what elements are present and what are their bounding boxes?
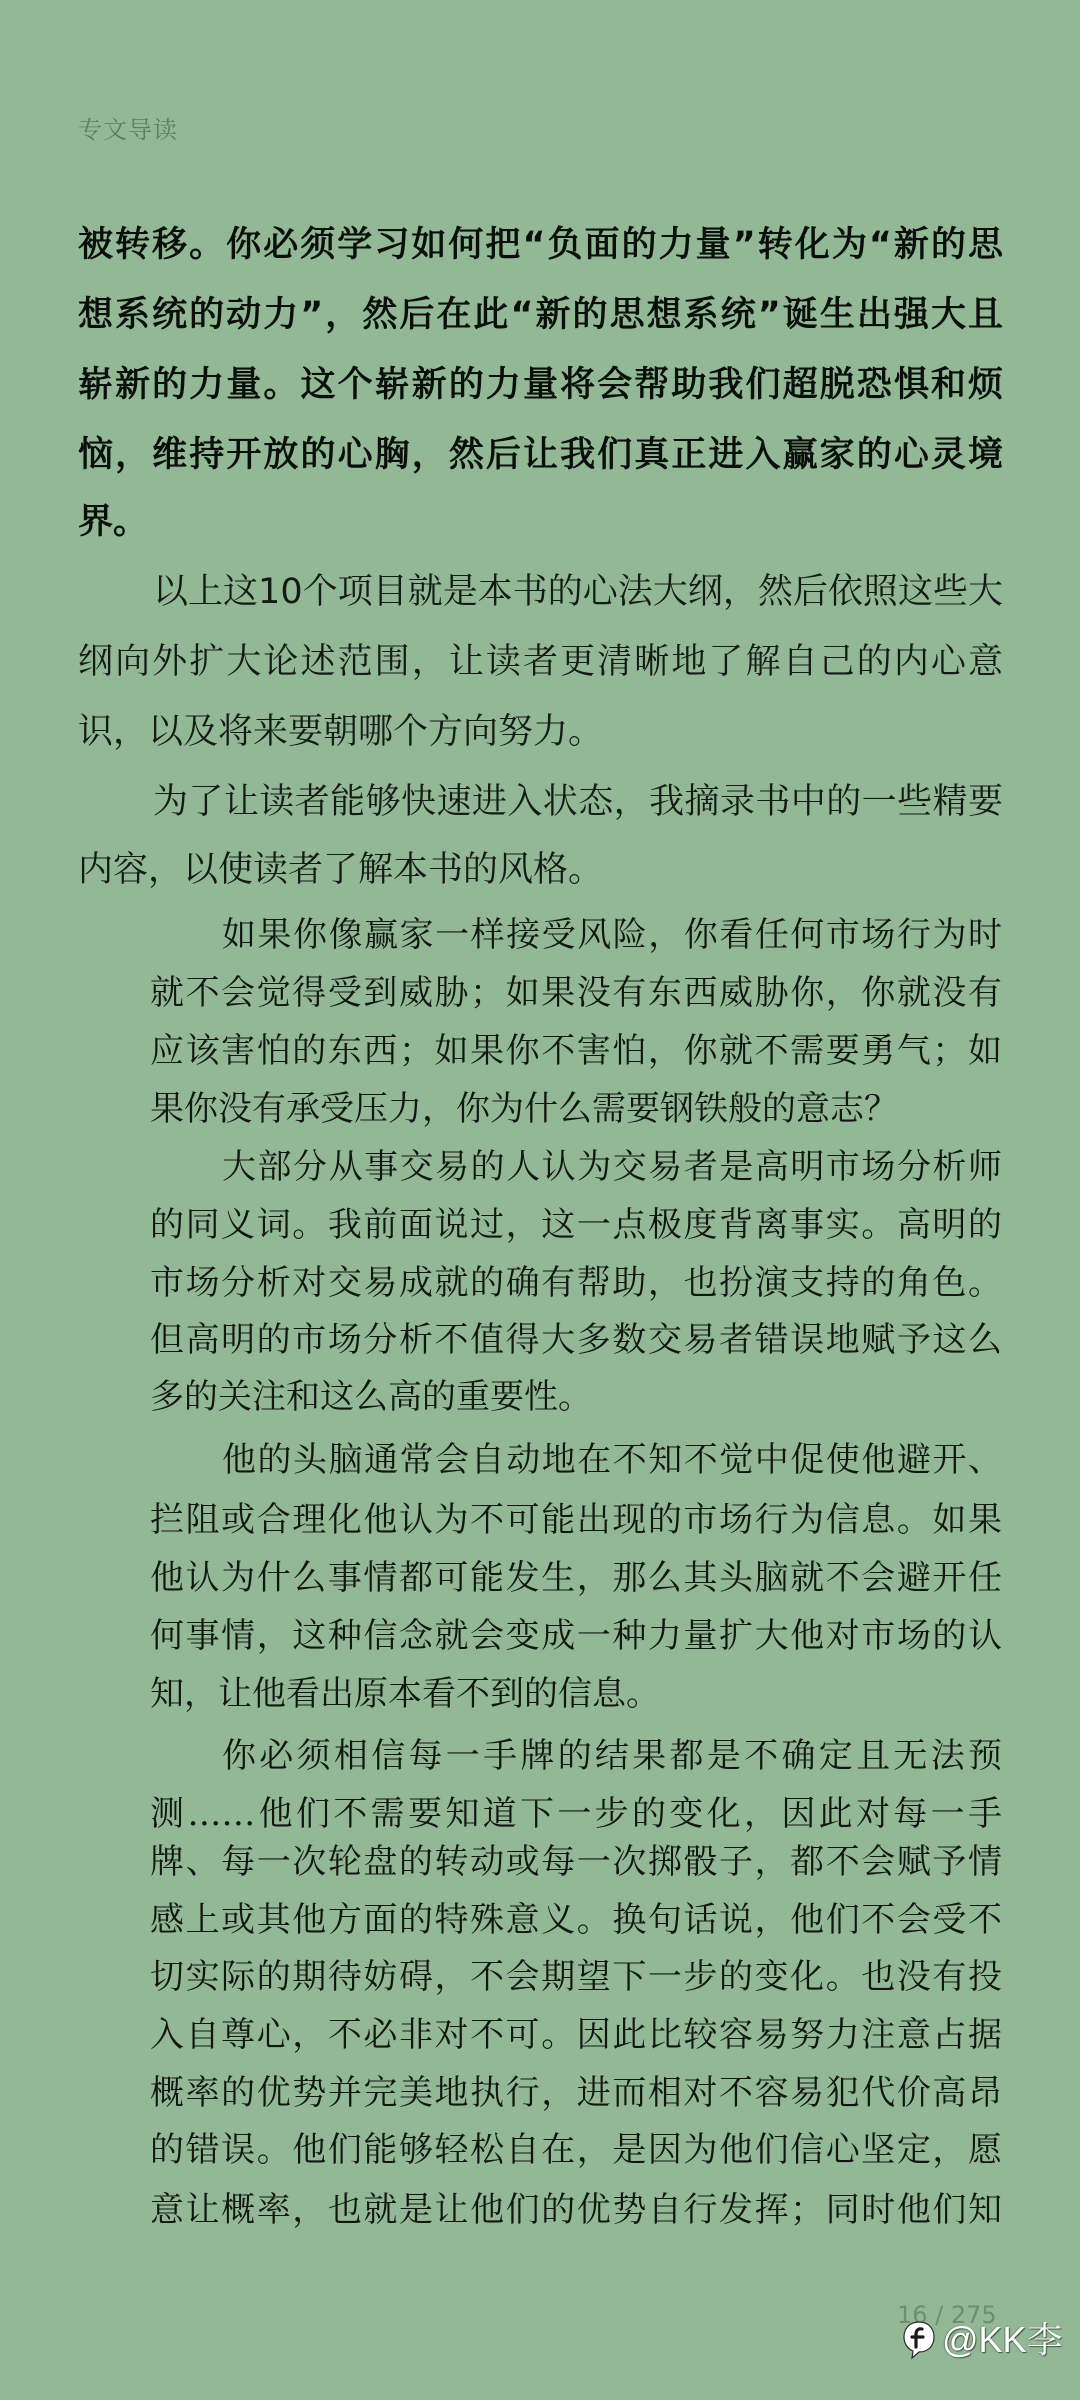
text-line: 以上这10个项目就是本书的心法大纲，然后依照这些大 xyxy=(153,567,1003,617)
quote-line: 牌、每一次轮盘的转动或每一次掷骰子，都不会赋予情 xyxy=(150,1839,1002,1885)
text-line: 崭新的力量。这个崭新的力量将会帮助我们超脱恐惧和烦 xyxy=(78,360,1003,410)
text-line: 想系统的动力”，然后在此“新的思想系统”诞生出强大且 xyxy=(78,290,1003,340)
quote-line: 的错误。他们能够轻松自在，是因为他们信心坚定，愿 xyxy=(150,2127,1002,2173)
quote-line: 应该害怕的东西；如果你不害怕，你就不需要勇气；如 xyxy=(150,1028,1002,1074)
quote-line: 就不会觉得受到威胁；如果没有东西威胁你，你就没有 xyxy=(150,970,1002,1016)
text-line: 被转移。你必须学习如何把“负面的力量”转化为“新的思 xyxy=(78,220,1003,270)
quote-line: 多的关注和这么高的重要性。 xyxy=(150,1374,1002,1420)
watermark: @KK李 xyxy=(902,2318,1063,2362)
quote-line: 他认为什么事情都可能发生，那么其头脑就不会避开任 xyxy=(150,1555,1002,1601)
quote-line: 概率的优势并完美地执行，进而相对不容易犯代价高昂 xyxy=(150,2070,1002,2116)
section-title: 专文导读 xyxy=(78,112,178,148)
quote-line: 的同义词。我前面说过，这一点极度背离事实。高明的 xyxy=(150,1202,1002,1248)
quote-line: 感上或其他方面的特殊意义。换句话说，他们不会受不 xyxy=(150,1897,1002,1943)
speech-bubble-f-logo-icon xyxy=(902,2320,936,2360)
quote-line: 拦阻或合理化他认为不可能出现的市场行为信息。如果 xyxy=(150,1497,1002,1543)
quote-line: 市场分析对交易成就的确有帮助，也扮演支持的角色。 xyxy=(150,1260,1002,1306)
text-line: 恼，维持开放的心胸，然后让我们真正进入赢家的心灵境 xyxy=(78,430,1003,480)
quote-line: 你必须相信每一手牌的结果都是不确定且无法预 xyxy=(222,1733,1002,1779)
quote-line: 切实际的期待妨碍，不会期望下一步的变化。也没有投 xyxy=(150,1954,1002,2000)
text-line: 界。 xyxy=(78,497,1003,547)
quote-line: 何事情，这种信念就会变成一种力量扩大他对市场的认 xyxy=(150,1613,1002,1659)
quote-line: 大部分从事交易的人认为交易者是高明市场分析师 xyxy=(222,1144,1002,1190)
watermark-text: @KK李 xyxy=(942,2320,1063,2360)
quote-line: 入自尊心，不必非对不可。因此比较容易努力注意占据 xyxy=(150,2012,1002,2058)
text-line: 识，以及将来要朝哪个方向努力。 xyxy=(78,707,1003,757)
quote-line: 果你没有承受压力，你为什么需要钢铁般的意志？ xyxy=(150,1086,1002,1132)
quote-line: 测……他们不需要知道下一步的变化，因此对每一手 xyxy=(150,1791,1002,1837)
quote-line: 如果你像赢家一样接受风险，你看任何市场行为时 xyxy=(222,912,1002,958)
text-line: 纲向外扩大论述范围，让读者更清晰地了解自己的内心意 xyxy=(78,637,1003,687)
text-line: 内容，以使读者了解本书的风格。 xyxy=(78,845,1003,895)
text-line: 为了让读者能够快速进入状态，我摘录书中的一些精要 xyxy=(153,777,1003,827)
quote-line: 但高明的市场分析不值得大多数交易者错误地赋予这么 xyxy=(150,1317,1002,1363)
quote-line: 他的头脑通常会自动地在不知不觉中促使他避开、 xyxy=(222,1437,1002,1483)
quote-line: 知，让他看出原本看不到的信息。 xyxy=(150,1671,1002,1717)
quote-line: 意让概率，也就是让他们的优势自行发挥；同时他们知 xyxy=(150,2187,1002,2233)
